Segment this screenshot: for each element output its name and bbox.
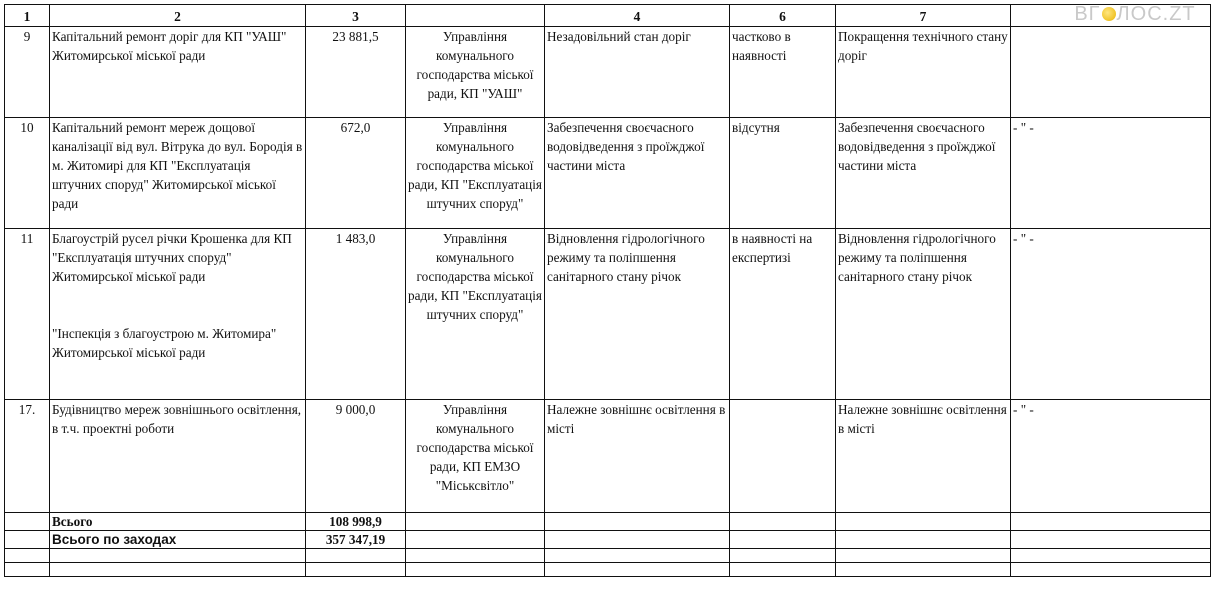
measure-name: Будівництво мереж зовнішнього освітлення… [50, 400, 306, 513]
measure-name: Капітальний ремонт мереж дощової каналіз… [50, 118, 306, 229]
watermark-suffix: ЛОС.ZT [1117, 3, 1196, 26]
empty-cell [406, 513, 545, 531]
empty-cell [306, 549, 406, 563]
header-col-executor [406, 5, 545, 27]
grand-total-amount: 357 347,19 [306, 531, 406, 549]
spacer [52, 286, 303, 324]
empty-cell [1011, 513, 1211, 531]
table-row: 9 Капітальний ремонт доріг для КП "УАШ" … [5, 27, 1211, 118]
header-col-1: 1 [5, 5, 50, 27]
empty-cell [5, 549, 50, 563]
empty-cell [836, 531, 1011, 549]
empty-cell [5, 563, 50, 577]
measure-name-cell: Благоустрій русел річки Крошенка для КП … [50, 229, 306, 400]
sound-wave-icon [1102, 7, 1116, 21]
empty-cell [730, 549, 836, 563]
table-row: 17. Будівництво мереж зовнішнього освітл… [5, 400, 1211, 513]
documentation-status [730, 400, 836, 513]
note [1011, 27, 1211, 118]
empty-cell [1011, 549, 1211, 563]
total-row: Всього 108 998,9 [5, 513, 1211, 531]
problem: Незадовільний стан доріг [545, 27, 730, 118]
amount: 1 483,0 [306, 229, 406, 400]
measure-name: Капітальний ремонт доріг для КП "УАШ" Жи… [50, 27, 306, 118]
row-number: 10 [5, 118, 50, 229]
total-amount: 108 998,9 [306, 513, 406, 531]
row-number: 11 [5, 229, 50, 400]
empty-cell [545, 513, 730, 531]
executor: Управління комунального господарства міс… [406, 229, 545, 400]
row-number: 17. [5, 400, 50, 513]
empty-cell [836, 513, 1011, 531]
empty-cell [1011, 531, 1211, 549]
header-col-4: 4 [545, 5, 730, 27]
empty-row [5, 549, 1211, 563]
row-number: 9 [5, 27, 50, 118]
grand-total-label: Всього по заходах [50, 531, 306, 549]
header-col-7: 7 [836, 5, 1011, 27]
site-watermark: ВГ ЛОС.ZT [1060, 3, 1210, 25]
empty-cell [406, 549, 545, 563]
expected-result: Забезпечення своєчасного водовідведення … [836, 118, 1011, 229]
amount: 672,0 [306, 118, 406, 229]
header-col-6: 6 [730, 5, 836, 27]
table-row: 11 Благоустрій русел річки Крошенка для … [5, 229, 1211, 400]
amount: 23 881,5 [306, 27, 406, 118]
executor: Управління комунального господарства міс… [406, 27, 545, 118]
note: - " - [1011, 400, 1211, 513]
empty-cell [50, 563, 306, 577]
documentation-status: в наявності на експертизі [730, 229, 836, 400]
problem: Належне зовнішнє освітлення в місті [545, 400, 730, 513]
table-row: 10 Капітальний ремонт мереж дощової кана… [5, 118, 1211, 229]
note: - " - [1011, 229, 1211, 400]
empty-cell [545, 531, 730, 549]
expected-result: Належне зовнішнє освітлення в місті [836, 400, 1011, 513]
amount: 9 000,0 [306, 400, 406, 513]
grand-total-row: Всього по заходах 357 347,19 [5, 531, 1211, 549]
documentation-status: частково в наявності [730, 27, 836, 118]
empty-cell [730, 513, 836, 531]
problem: Відновлення гідрологічного режиму та пол… [545, 229, 730, 400]
note: - " - [1011, 118, 1211, 229]
empty-cell [836, 563, 1011, 577]
empty-cell [406, 563, 545, 577]
table-header-row: 1 2 3 4 6 7 [5, 5, 1211, 27]
watermark-prefix: ВГ [1074, 3, 1100, 26]
measure-name-extra: "Інспекція з благоустрою м. Житомира" Жи… [52, 326, 276, 360]
empty-cell [406, 531, 545, 549]
empty-cell [545, 549, 730, 563]
header-col-2: 2 [50, 5, 306, 27]
empty-cell [730, 531, 836, 549]
executor: Управління комунального господарства міс… [406, 118, 545, 229]
total-label: Всього [50, 513, 306, 531]
executor: Управління комунального господарства міс… [406, 400, 545, 513]
program-measures-table: 1 2 3 4 6 7 9 Капітальний ремонт доріг д… [4, 4, 1211, 577]
measure-name: Благоустрій русел річки Крошенка для КП … [52, 231, 292, 284]
empty-cell [306, 563, 406, 577]
empty-cell [730, 563, 836, 577]
empty-cell [5, 513, 50, 531]
empty-cell [5, 531, 50, 549]
expected-result: Відновлення гідрологічного режиму та пол… [836, 229, 1011, 400]
empty-cell [836, 549, 1011, 563]
problem: Забезпечення своєчасного водовідведення … [545, 118, 730, 229]
empty-cell [1011, 563, 1211, 577]
empty-row [5, 563, 1211, 577]
documentation-status: відсутня [730, 118, 836, 229]
header-col-3: 3 [306, 5, 406, 27]
expected-result: Покращення технічного стану доріг [836, 27, 1011, 118]
empty-cell [545, 563, 730, 577]
empty-cell [50, 549, 306, 563]
